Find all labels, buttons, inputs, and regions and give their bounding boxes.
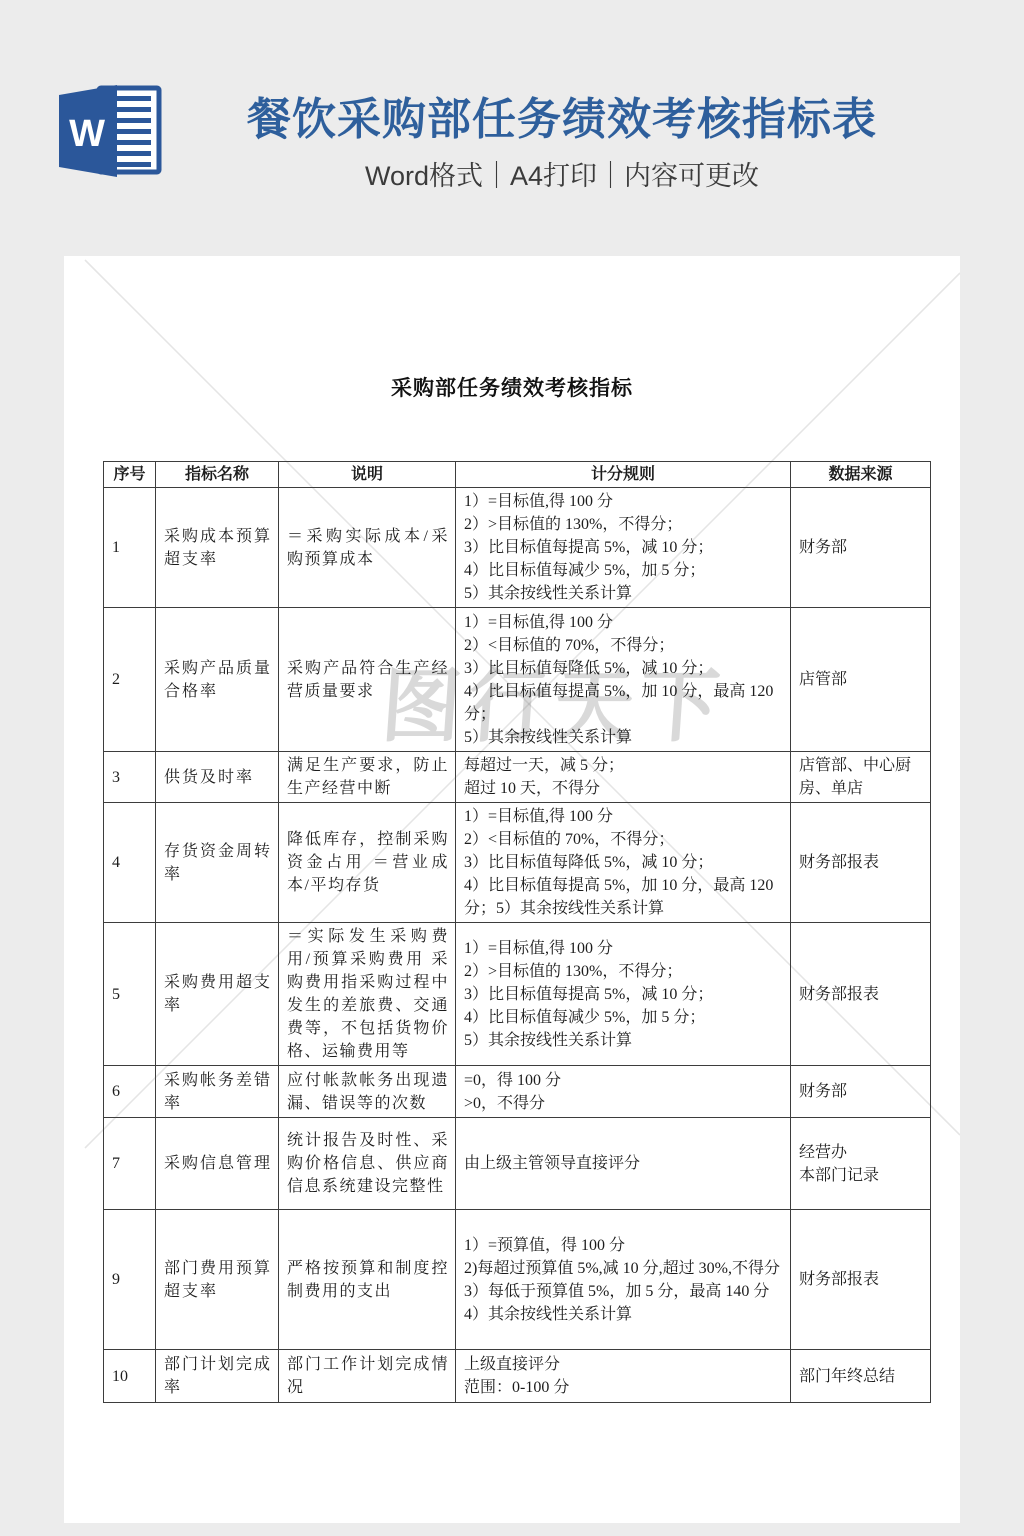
- cell-source: 店管部: [791, 608, 931, 752]
- cell-no: 5: [104, 923, 156, 1066]
- cell-description: 满足生产要求，防止生产经营中断: [279, 752, 456, 803]
- col-header-no: 序号: [104, 462, 156, 488]
- cell-rules: 1）=预算值，得 100 分 2)每超过预算值 5%,减 10 分,超过 30%…: [456, 1210, 791, 1350]
- word-logo-letter: W: [69, 113, 105, 155]
- col-header-rules: 计分规则: [456, 462, 791, 488]
- col-header-description: 说明: [279, 462, 456, 488]
- table-row: 6 采购帐务差错率 应付帐款帐务出现遗漏、错误等的次数 =0，得 100 分 >…: [104, 1066, 931, 1118]
- cell-description: 部门工作计划完成情况: [279, 1350, 456, 1403]
- document-page: 图行天下 采购部任务绩效考核指标 序号 指标名称 说明 计分规则 数据来源 1 …: [64, 256, 960, 1523]
- cell-rules: 上级直接评分 范围：0-100 分: [456, 1350, 791, 1403]
- cell-source: 店管部、中心厨房、单店: [791, 752, 931, 803]
- col-header-name: 指标名称: [156, 462, 279, 488]
- cell-name: 采购成本预算超支率: [156, 488, 279, 608]
- table-row: 1 采购成本预算超支率 ＝采购实际成本/采购预算成本 1）=目标值,得 100 …: [104, 488, 931, 608]
- cell-description: 降低库存，控制采购资金占用 ＝营业成本/平均存货: [279, 803, 456, 923]
- cell-no: 9: [104, 1210, 156, 1350]
- template-title: 餐饮采购部任务绩效考核指标表: [110, 94, 1014, 146]
- cell-description: 采购产品符合生产经营质量要求: [279, 608, 456, 752]
- template-banner: W 餐饮采购部任务绩效考核指标表 Word格式｜A4打印｜内容可更改: [0, 0, 1024, 256]
- table-row: 3 供货及时率 满足生产要求，防止生产经营中断 每超过一天，减 5 分； 超过 …: [104, 752, 931, 803]
- cell-name: 采购产品质量合格率: [156, 608, 279, 752]
- table-row: 2 采购产品质量合格率 采购产品符合生产经营质量要求 1）=目标值,得 100 …: [104, 608, 931, 752]
- cell-no: 4: [104, 803, 156, 923]
- cell-source: 部门年终总结: [791, 1350, 931, 1403]
- screenshot-canvas: W 餐饮采购部任务绩效考核指标表 Word格式｜A4打印｜内容可更改 图行天下 …: [0, 0, 1024, 1536]
- cell-rules: 1）=目标值,得 100 分 2）>目标值的 130%，不得分； 3）比目标值每…: [456, 488, 791, 608]
- cell-source: 财务部: [791, 1066, 931, 1118]
- col-header-source: 数据来源: [791, 462, 931, 488]
- cell-name: 采购信息管理: [156, 1118, 279, 1210]
- cell-name: 供货及时率: [156, 752, 279, 803]
- cell-rules: 每超过一天，减 5 分； 超过 10 天，不得分: [456, 752, 791, 803]
- cell-no: 7: [104, 1118, 156, 1210]
- cell-rules: 1）=目标值,得 100 分 2）<目标值的 70%，不得分； 3）比目标值每降…: [456, 803, 791, 923]
- table-row: 10 部门计划完成率 部门工作计划完成情况 上级直接评分 范围：0-100 分 …: [104, 1350, 931, 1403]
- table-row: 7 采购信息管理 统计报告及时性、采购价格信息、供应商信息系统建设完整性 由上级…: [104, 1118, 931, 1210]
- cell-name: 部门计划完成率: [156, 1350, 279, 1403]
- cell-name: 部门费用预算超支率: [156, 1210, 279, 1350]
- cell-rules: 1）=目标值,得 100 分 2）>目标值的 130%，不得分； 3）比目标值每…: [456, 923, 791, 1066]
- cell-source: 财务部报表: [791, 1210, 931, 1350]
- cell-description: ＝采购实际成本/采购预算成本: [279, 488, 456, 608]
- cell-rules: 1）=目标值,得 100 分 2）<目标值的 70%，不得分； 3）比目标值每降…: [456, 608, 791, 752]
- cell-source: 财务部: [791, 488, 931, 608]
- cell-description: 统计报告及时性、采购价格信息、供应商信息系统建设完整性: [279, 1118, 456, 1210]
- cell-no: 2: [104, 608, 156, 752]
- cell-no: 10: [104, 1350, 156, 1403]
- cell-no: 3: [104, 752, 156, 803]
- table-row: 5 采购费用超支率 ＝实际发生采购费用/预算采购费用 采购费用指采购过程中发生的…: [104, 923, 931, 1066]
- doc-title: 采购部任务绩效考核指标: [64, 372, 960, 402]
- cell-no: 1: [104, 488, 156, 608]
- table-row: 9 部门费用预算超支率 严格按预算和制度控制费用的支出 1）=预算值，得 100…: [104, 1210, 931, 1350]
- template-subtitle: Word格式｜A4打印｜内容可更改: [110, 158, 1014, 194]
- cell-no: 6: [104, 1066, 156, 1118]
- cell-source: 经营办 本部门记录: [791, 1118, 931, 1210]
- cell-description: 严格按预算和制度控制费用的支出: [279, 1210, 456, 1350]
- cell-rules: =0，得 100 分 >0，不得分: [456, 1066, 791, 1118]
- cell-name: 采购帐务差错率: [156, 1066, 279, 1118]
- cell-description: 应付帐款帐务出现遗漏、错误等的次数: [279, 1066, 456, 1118]
- kpi-table: 序号 指标名称 说明 计分规则 数据来源 1 采购成本预算超支率 ＝采购实际成本…: [103, 461, 931, 1403]
- table-header-row: 序号 指标名称 说明 计分规则 数据来源: [104, 462, 931, 488]
- cell-rules: 由上级主管领导直接评分: [456, 1118, 791, 1210]
- cell-source: 财务部报表: [791, 803, 931, 923]
- cell-name: 存货资金周转率: [156, 803, 279, 923]
- cell-source: 财务部报表: [791, 923, 931, 1066]
- cell-description: ＝实际发生采购费用/预算采购费用 采购费用指采购过程中发生的差旅费、交通费等，不…: [279, 923, 456, 1066]
- cell-name: 采购费用超支率: [156, 923, 279, 1066]
- table-row: 4 存货资金周转率 降低库存，控制采购资金占用 ＝营业成本/平均存货 1）=目标…: [104, 803, 931, 923]
